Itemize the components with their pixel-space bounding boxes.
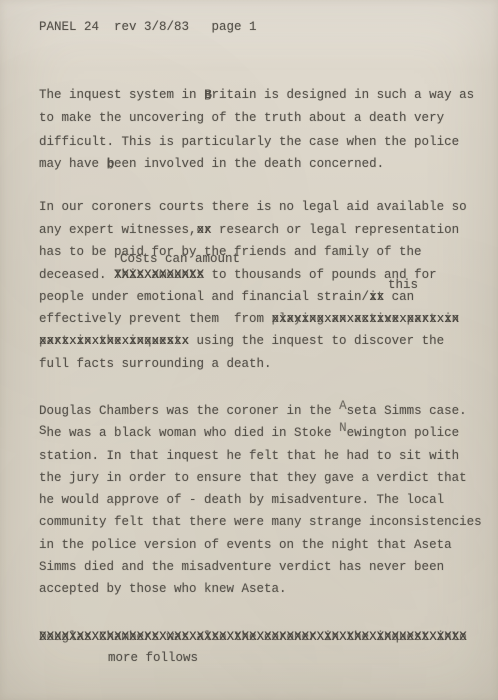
text-run: ritain is designed in such a way as <box>212 88 475 102</box>
overstruck-letter: b <box>107 157 115 171</box>
paragraph1-line1: The inquest system in Britain is designe… <box>39 83 474 107</box>
raised-letter: S <box>39 424 47 438</box>
overtyped-text: playing an active part inxxxxxxxxxxxxxxx… <box>272 307 460 331</box>
paragraph3-line4: the jury in order to ensure that they ga… <box>39 466 467 490</box>
text-run: station. In that inquest he felt that he… <box>39 449 459 463</box>
text-run: deceased. <box>39 268 114 282</box>
paragraph3-line1: Douglas Chambers was the coroner in the … <box>39 399 467 423</box>
text-run: Douglas Chambers was the coroner in the <box>39 404 339 418</box>
paragraph2-line4: deceased. This amountsXXXXXXXXXXXX to th… <box>39 263 437 287</box>
text-run: accepted by those who knew Aseta. <box>39 582 287 596</box>
overtyped-x-marks: xxxxxxxxxxxxxxxxxxxxxxxxx <box>272 307 460 331</box>
text-run: any expert witnesses, <box>39 223 197 237</box>
overtyped-x-marks: xx <box>369 285 384 309</box>
struck-out-line: Douglas Chambers was also the coroner in… <box>39 625 467 649</box>
paragraph2-line6: effectively prevent them from playing an… <box>39 307 459 331</box>
paragraph1-line2: to make the uncovering of the truth abou… <box>39 106 444 130</box>
text-run: community felt that there were many stra… <box>39 515 482 529</box>
paragraph3-line7: in the police version of events on the n… <box>39 533 452 557</box>
text-run: may have <box>39 157 107 171</box>
paragraph3-line9: accepted by those who knew Aseta. <box>39 577 287 601</box>
overtyped-text: Douglas Chambers was also the coroner in… <box>39 625 467 649</box>
overtyped-x-marks: xx <box>197 218 212 242</box>
header-text: PANEL 24 rev 3/8/83 page 1 <box>39 20 257 34</box>
overtyped-text: part in the inquestxxxxxxxxxxxxxxxxxxxxx <box>39 329 189 353</box>
raised-letter: N <box>339 421 347 435</box>
text-run: In our coroners courts there is no legal… <box>39 200 467 214</box>
text-run: people under emotional and financial str… <box>39 290 369 304</box>
paragraph2-line2: any expert witnesses,orxx research or le… <box>39 218 459 242</box>
raised-letter: A <box>339 399 347 413</box>
paragraph2-line1: In our coroners courts there is no legal… <box>39 195 467 219</box>
text-run: using the inquest to discover the <box>189 334 444 348</box>
text-run: Simms died and the misadventure verdict … <box>39 560 444 574</box>
text-run: The inquest system in <box>39 88 204 102</box>
page-header: PANEL 24 rev 3/8/83 page 1 <box>39 15 257 39</box>
paragraph2-line7: part in the inquestxxxxxxxxxxxxxxxxxxxxx… <box>39 329 444 353</box>
paragraph2-line5: people under emotional and financial str… <box>39 285 414 309</box>
paragraph3-line8: Simms died and the misadventure verdict … <box>39 555 444 579</box>
text-run: he was a black woman who died in Stoke <box>47 426 340 440</box>
overstruck-letter: B <box>204 88 212 102</box>
overtyped-x-marks: xxxxxxxxxxxxxxxxxxxx <box>39 329 189 353</box>
text-run: research or legal representation <box>212 223 460 237</box>
more-follows-note: more follows <box>108 646 198 670</box>
text-run: effectively prevent them from <box>39 312 272 326</box>
text-run: to make the uncovering of the truth abou… <box>39 111 444 125</box>
text-run: he would approve of - death by misadvent… <box>39 493 444 507</box>
paragraph3-line3: station. In that inquest he felt that he… <box>39 444 459 468</box>
text-run: can <box>384 290 414 304</box>
overtyped-text: itxx <box>369 285 384 309</box>
text-run: full facts surrounding a death. <box>39 357 272 371</box>
paragraph1-line4: may have been involved in the death conc… <box>39 152 384 176</box>
paragraph3-line5: he would approve of - death by misadvent… <box>39 488 444 512</box>
text-run: the jury in order to ensure that they ga… <box>39 471 467 485</box>
paragraph1-line3: difficult. This is particularly the case… <box>39 130 459 154</box>
text-run: seta Simms case. <box>347 404 467 418</box>
overtyped-x-marks: XXXXXXXXXXXX <box>114 263 204 287</box>
overtyped-x-marks: XXXXXXXXXXXXXXXXXXXXXXXXXXXXXXXXXXXXXXXX… <box>39 625 467 649</box>
text-run: more follows <box>108 651 198 665</box>
text-run: ewington police <box>347 426 460 440</box>
overtyped-text: This amountsXXXXXXXXXXXX <box>114 263 204 287</box>
overtyped-text: orxx <box>197 218 212 242</box>
text-run: een involved in the death concerned. <box>114 157 384 171</box>
text-run: in the police version of events on the n… <box>39 538 452 552</box>
paragraph3-line2: She was a black woman who died in Stoke … <box>39 421 459 445</box>
document-page: PANEL 24 rev 3/8/83 page 1 The inquest s… <box>0 0 498 700</box>
paragraph2-line8: full facts surrounding a death. <box>39 352 272 376</box>
paragraph3-line6: community felt that there were many stra… <box>39 510 482 534</box>
text-run: difficult. This is particularly the case… <box>39 135 459 149</box>
